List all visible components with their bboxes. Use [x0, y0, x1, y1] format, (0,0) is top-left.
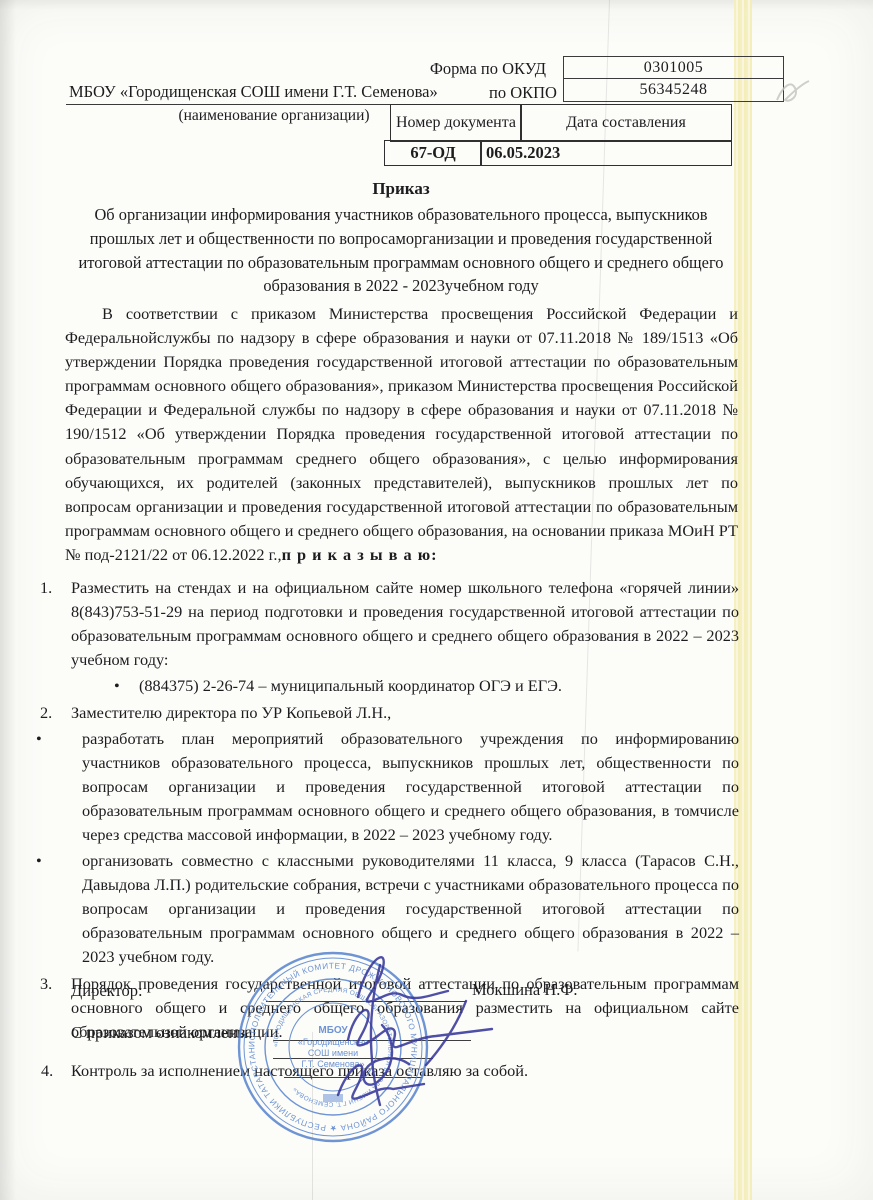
item-marker: 2.: [34, 701, 71, 725]
bullet-marker: •: [106, 674, 139, 698]
doc-number-value-cell: 67-ОД: [384, 140, 482, 166]
order-title: Приказ: [65, 179, 737, 199]
organization-name: МБОУ «Городищенская СОШ имени Г.Т. Семен…: [66, 82, 441, 105]
item-marker: 4.: [34, 1059, 71, 1083]
list-item-1: 1. Разместить на стендах и на официально…: [34, 576, 739, 672]
okpo-code-value: 56345248: [564, 79, 783, 101]
list-item-2: 2. Заместителю директора по УР Копьевой …: [34, 701, 739, 725]
doc-date-value-cell: 06.05.2023: [480, 140, 732, 166]
doc-date-header-cell: Дата составления: [520, 104, 732, 142]
handwritten-signatures: [230, 945, 530, 1120]
bullet-item-1: • разработать план мероприятий образоват…: [34, 727, 739, 847]
bullet-marker: •: [34, 727, 82, 847]
okud-code-value: 0301005: [564, 57, 783, 79]
item-text: (884375) 2-26-74 – муниципальный координ…: [139, 674, 739, 698]
order-verb-emphasis: п р и к а з ы в а ю:: [282, 545, 438, 564]
organization-caption: (наименование организации): [128, 107, 420, 125]
item-marker: 3.: [34, 972, 71, 1044]
order-subject: Об организации информирования участников…: [65, 203, 737, 298]
okpo-label: по ОКПО: [489, 83, 557, 103]
item-text: Разместить на стендах и на официальном с…: [71, 576, 739, 672]
okud-form-label: Форма по ОКУД: [400, 59, 546, 79]
bullet-marker: •: [34, 849, 82, 969]
director-label: Директор:: [71, 981, 143, 1001]
item-marker: 1.: [34, 576, 71, 672]
item-text: разработать план мероприятий образовател…: [82, 727, 739, 847]
intro-text: В соответствии с приказом Министерства п…: [65, 304, 738, 564]
scanned-order-document: Форма по ОКУД 0301005 56345248 МБОУ «Гор…: [0, 0, 873, 1200]
scan-edge-shadow: [0, 0, 16, 1200]
intro-paragraph: В соответствии с приказом Министерства п…: [65, 302, 738, 567]
code-boxes: 0301005 56345248: [563, 56, 784, 102]
doc-number-header-cell: Номер документа: [390, 104, 522, 142]
list-item-1-sub: • (884375) 2-26-74 – муниципальный коорд…: [106, 674, 739, 698]
item-text: Заместителю директора по УР Копьевой Л.Н…: [71, 701, 739, 725]
pencil-mark: [772, 76, 816, 108]
acknowledgement-label: С приказом ознакомлены:: [71, 1023, 253, 1043]
